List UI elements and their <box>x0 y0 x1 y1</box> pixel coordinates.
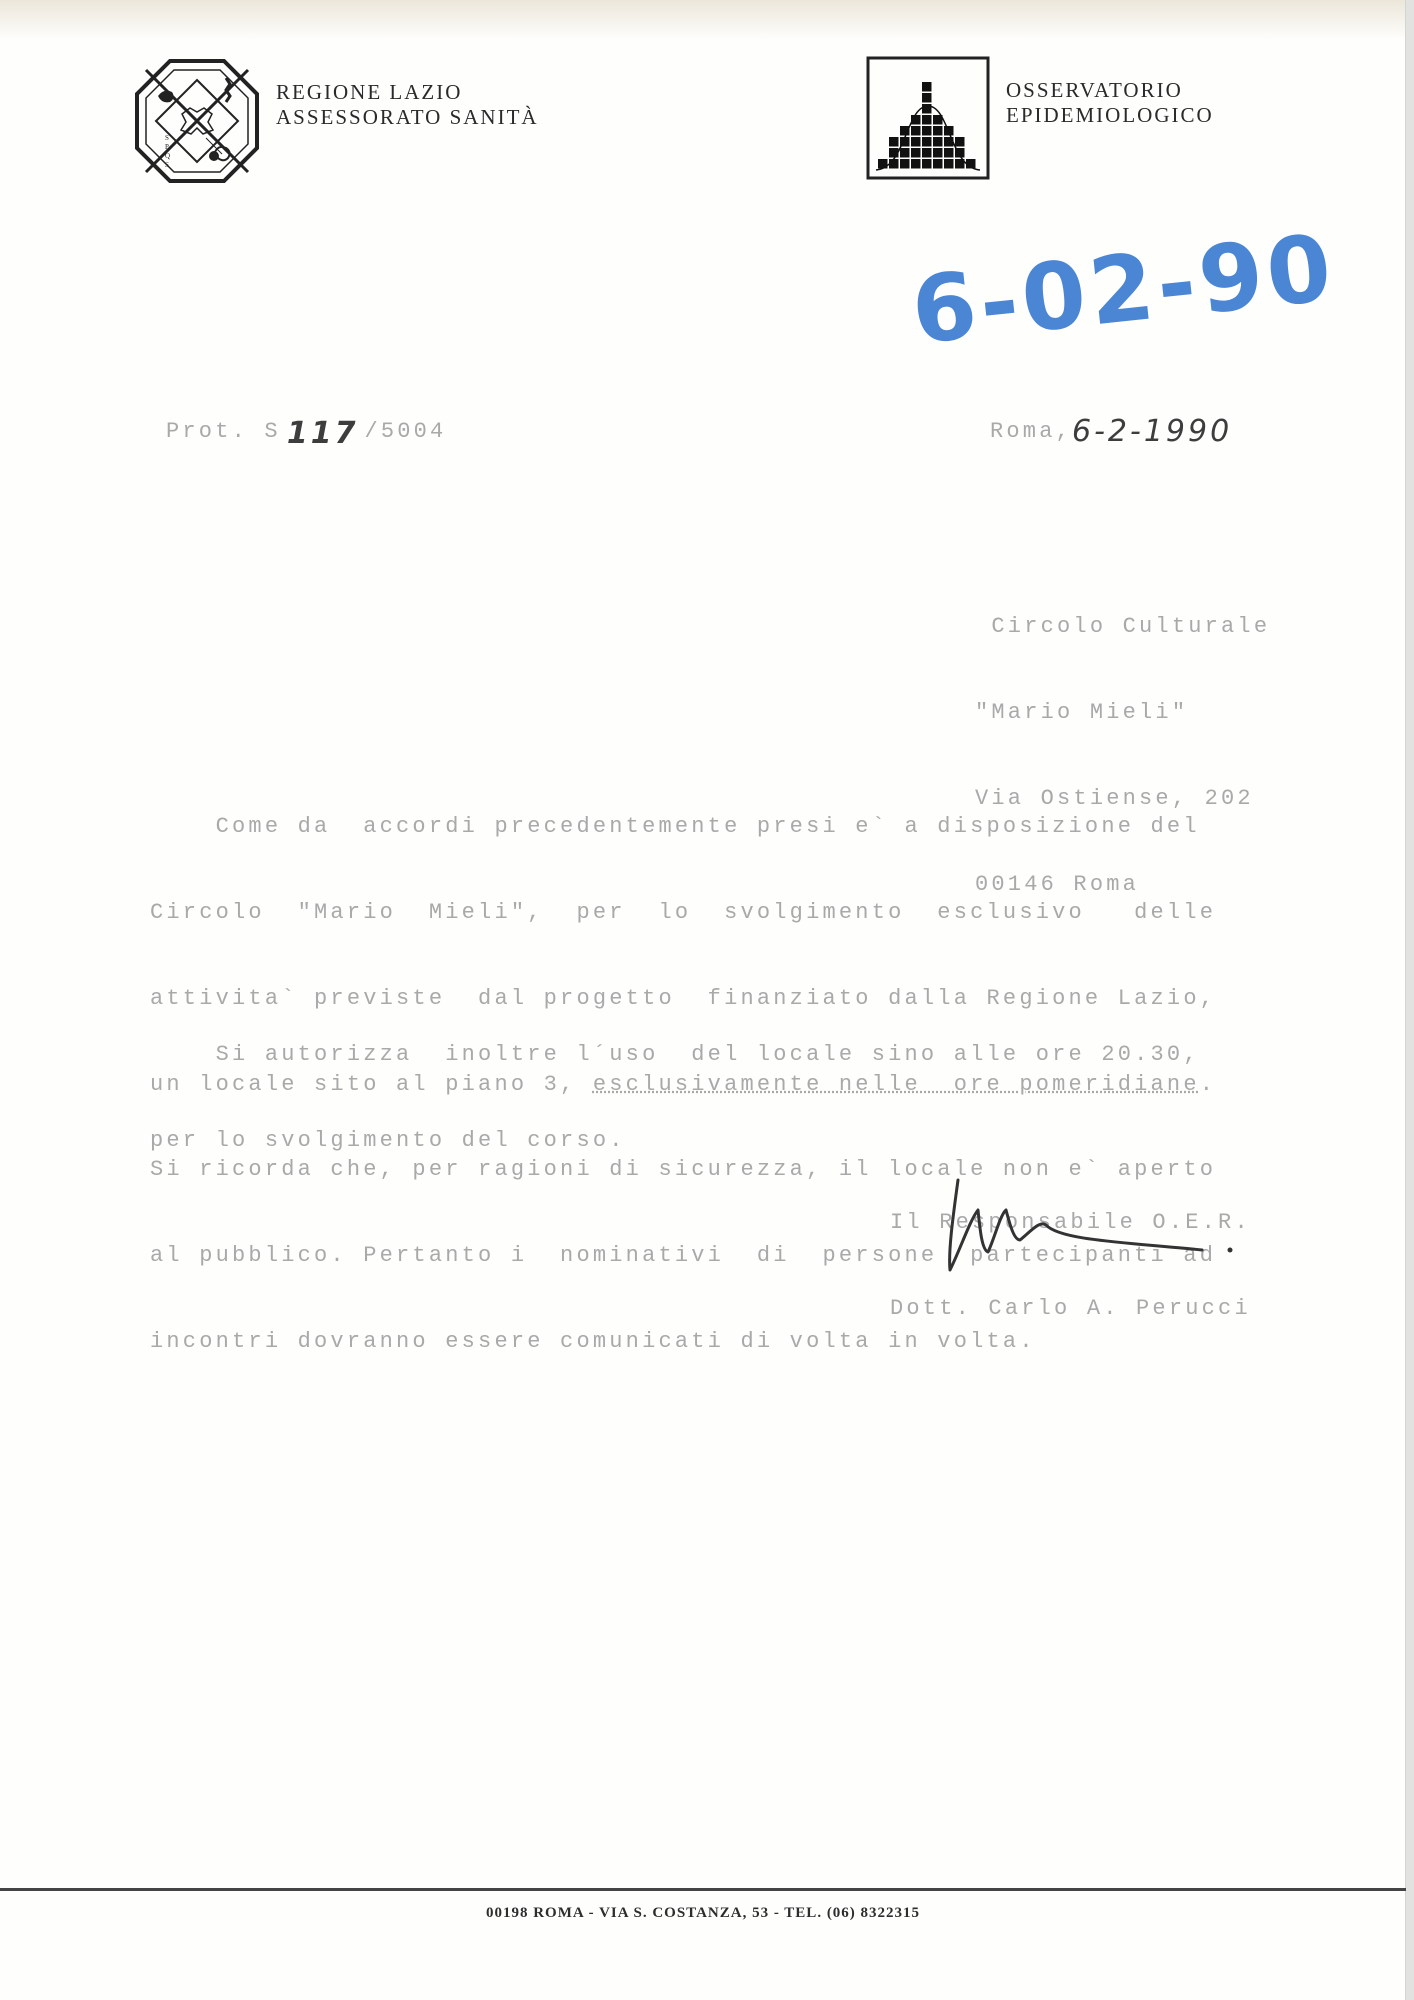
regione-lazio-coat-of-arms-icon: S P Q S <box>134 58 260 184</box>
body-line: Circolo "Mario Mieli", per lo svolgiment… <box>150 899 1216 928</box>
protocol-suffix: /5004 <box>364 419 446 444</box>
org-department: ASSESSORATO SANITÀ <box>276 105 539 130</box>
histogram-bell-curve-icon <box>866 56 990 180</box>
svg-text:S: S <box>165 161 169 169</box>
body-line-end: . <box>1200 1072 1216 1097</box>
place: Roma, <box>990 419 1072 444</box>
osservatorio-heading: OSSERVATORIO EPIDEMIOLOGICO <box>1006 78 1214 128</box>
svg-text:S: S <box>165 134 169 142</box>
svg-text:P: P <box>165 143 169 151</box>
regione-lazio-heading: REGIONE LAZIO ASSESSORATO SANITÀ <box>276 80 539 130</box>
protocol-prefix: Prot. S <box>166 419 281 444</box>
protocol-number: Prot. S117/5004 <box>166 414 446 447</box>
paper-right-edge <box>1405 0 1414 2000</box>
svg-text:Q: Q <box>165 152 170 160</box>
observatory-name-line1: OSSERVATORIO <box>1006 78 1214 103</box>
body-line: Si autorizza inoltre l´uso del locale si… <box>150 1041 1200 1070</box>
handwritten-signature-icon <box>940 1170 1240 1275</box>
place-and-date: Roma,6-2-1990 <box>990 414 1232 447</box>
address-line: "Mario Mieli" <box>975 699 1270 728</box>
observatory-name-line2: EPIDEMIOLOGICO <box>1006 103 1214 128</box>
footer-divider <box>0 1888 1406 1891</box>
body-line: Come da accordi precedentemente presi e`… <box>150 813 1216 842</box>
handwritten-date: 6-2-1990 <box>1072 414 1232 449</box>
protocol-handwritten-number: 117 <box>287 416 359 451</box>
paper-top-shadow <box>0 0 1414 40</box>
footer-address: 00198 ROMA - VIA S. COSTANZA, 53 - TEL. … <box>0 1905 1406 1922</box>
org-name: REGIONE LAZIO <box>276 80 539 105</box>
received-date-stamp: 6-02-90 <box>907 214 1340 365</box>
address-line: Circolo Culturale <box>975 613 1270 642</box>
signatory-name: Dott. Carlo A. Perucci <box>890 1295 1251 1324</box>
